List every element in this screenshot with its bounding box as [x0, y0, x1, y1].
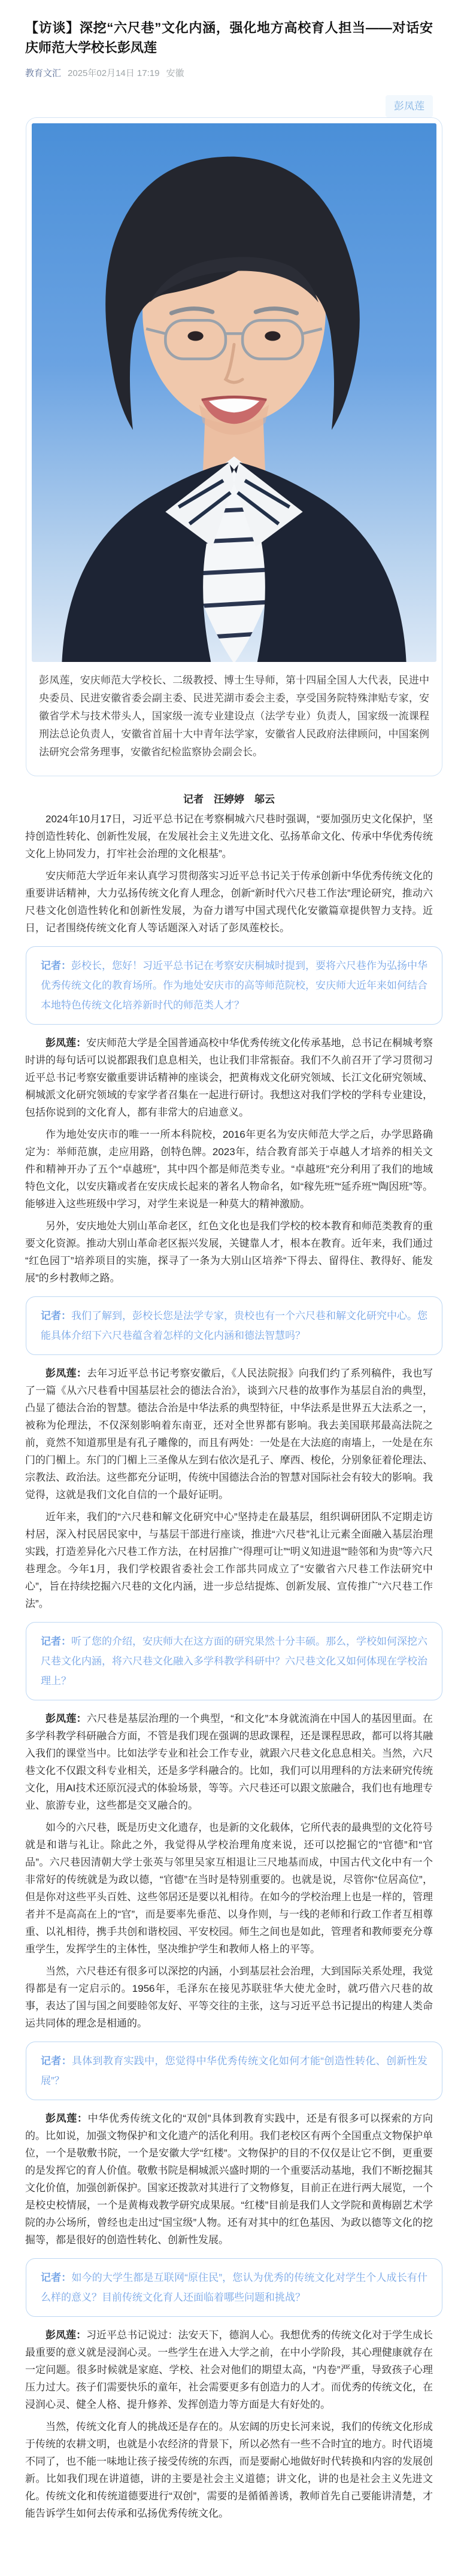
answer-paragraph: 彭凤莲：六尺巷是基层治理的一个典型，“和文化”本身就流淌在中国人的基因里面。在多…	[25, 1710, 433, 1814]
article-paragraph: 当然，传统文化育人的挑战还是存在的。从宏阔的历史长河来说，我们的传统文化形成于传…	[25, 2418, 433, 2522]
speaker-label: 记者：	[41, 960, 71, 971]
article-paragraph: 如今的六尺巷，既是历史文化遗存，也是新的文化载体，它所代表的最典型的文化符号就是…	[25, 1819, 433, 1958]
account-link[interactable]: 教育文汇	[25, 66, 61, 79]
question-box: 记者：如今的大学生都是互联网“原住民”，您认为优秀的传统文化对学生个人成长有什么…	[26, 2258, 442, 2317]
article-paragraph: 安庆师范大学近年来认真学习贯彻落实习近平总书记关于传承创新中华优秀传统文化的重要…	[25, 867, 433, 937]
topic-tag[interactable]: 彭凤莲	[386, 95, 433, 117]
page-title: 【访谈】深挖“六尺巷”文化内涵，强化地方高校育人担当——对话安庆师范大学校长彭凤…	[25, 18, 433, 57]
article-paragraph: 作为地处安庆市的唯一一所本科院校，2016年更名为安庆师范大学之后，办学思路确定…	[25, 1126, 433, 1213]
question-text: 记者：具体到教育实践中，您觉得中华优秀传统文化如何才能“创造性转化、创新性发展”…	[41, 2051, 427, 2091]
question-box: 记者：我们了解到，彭校长您是法学专家，贵校也有一个六尺巷和解文化研究中心。您能具…	[26, 1296, 442, 1355]
profile-card: 彭凤莲，安庆师范大学校长、二级教授、博士生导师，第十四届全国人大代表，民进中央委…	[26, 117, 442, 776]
speaker-label: 彭凤莲：	[46, 2113, 88, 2124]
question-text: 记者：我们了解到，彭校长您是法学专家，贵校也有一个六尺巷和解文化研究中心。您能具…	[41, 1306, 427, 1345]
answer-paragraph: 彭凤莲：中华优秀传统文化的“双创”具体到教育实践中，还是有很多可以探索的方向的。…	[25, 2110, 433, 2249]
tag-row: 彭凤莲	[25, 95, 433, 117]
question-text: 记者：彭校长，您好！习近平总书记在考察安庆桐城时提到，要将六尺巷作为弘扬中华优秀…	[41, 956, 427, 1015]
answer-paragraph: 彭凤莲：习近平总书记说过：法安天下，德润人心。我想优秀的传统文化对于学生成长最重…	[25, 2326, 433, 2413]
speaker-label: 彭凤莲：	[46, 1037, 86, 1049]
article-page: 【访谈】深挖“六尺巷”文化内涵，强化地方高校育人担当——对话安庆师范大学校长彭凤…	[0, 0, 458, 2535]
question-box: 记者：彭校长，您好！习近平总书记在考察安庆桐城时提到，要将六尺巷作为弘扬中华优秀…	[26, 946, 442, 1025]
publish-datetime: 2025年02月14日 17:19	[68, 66, 159, 79]
publish-location: 安徽	[166, 66, 184, 79]
profile-bio: 彭凤莲，安庆师范大学校长、二级教授、博士生导师，第十四届全国人大代表，民进中央委…	[39, 672, 429, 776]
article-paragraph: 另外，安庆地处大别山革命老区，红色文化也是我们学校的校本教育和师范类教育的重要文…	[25, 1217, 433, 1287]
question-box: 记者：具体到教育实践中，您觉得中华优秀传统文化如何才能“创造性转化、创新性发展”…	[26, 2042, 442, 2100]
speaker-label: 记者：	[41, 2272, 71, 2283]
speaker-label: 记者：	[41, 1310, 71, 1322]
reporters-line: 记者 汪婷婷 邬云	[25, 791, 433, 806]
speaker-label: 记者：	[41, 1636, 71, 1647]
speaker-label: 彭凤莲：	[46, 1368, 87, 1379]
speaker-label: 彭凤莲：	[46, 2329, 86, 2341]
article-paragraph: 当然，六尺巷还有很多可以深挖的内涵，小到基层社会治理，大到国际关系处理，我觉得都…	[25, 1963, 433, 2032]
answer-paragraph: 彭凤莲：去年习近平总书记考察安徽后，《人民法院报》向我们约了系列稿件，我也写了一…	[25, 1365, 433, 1503]
portrait-photo[interactable]	[32, 123, 436, 662]
article-paragraph: 2024年10月17日，习近平总书记在考察桐城六尺巷时强调，“要加强历史文化保护…	[25, 810, 433, 862]
question-box: 记者：听了您的介绍，安庆师大在这方面的研究果然十分丰硕。那么，学校如何深挖六尺巷…	[26, 1622, 442, 1700]
article-paragraph: 近年来，我们的“六尺巷和解文化研究中心”坚持走在最基层，组织调研团队不定期走访村…	[25, 1508, 433, 1612]
speaker-label: 记者：	[41, 2055, 72, 2067]
speaker-label: 彭凤莲：	[46, 1713, 87, 1724]
portrait-illustration	[32, 123, 436, 662]
article-meta: 教育文汇 2025年02月14日 17:19 安徽	[25, 66, 433, 79]
question-text: 记者：听了您的介绍，安庆师大在这方面的研究果然十分丰硕。那么，学校如何深挖六尺巷…	[41, 1632, 427, 1691]
answer-paragraph: 彭凤莲：安庆师范大学是全国普通高校中华优秀传统文化传承基地，总书记在桐城考察时讲…	[25, 1034, 433, 1121]
question-text: 记者：如今的大学生都是互联网“原住民”，您认为优秀的传统文化对学生个人成长有什么…	[41, 2268, 427, 2307]
